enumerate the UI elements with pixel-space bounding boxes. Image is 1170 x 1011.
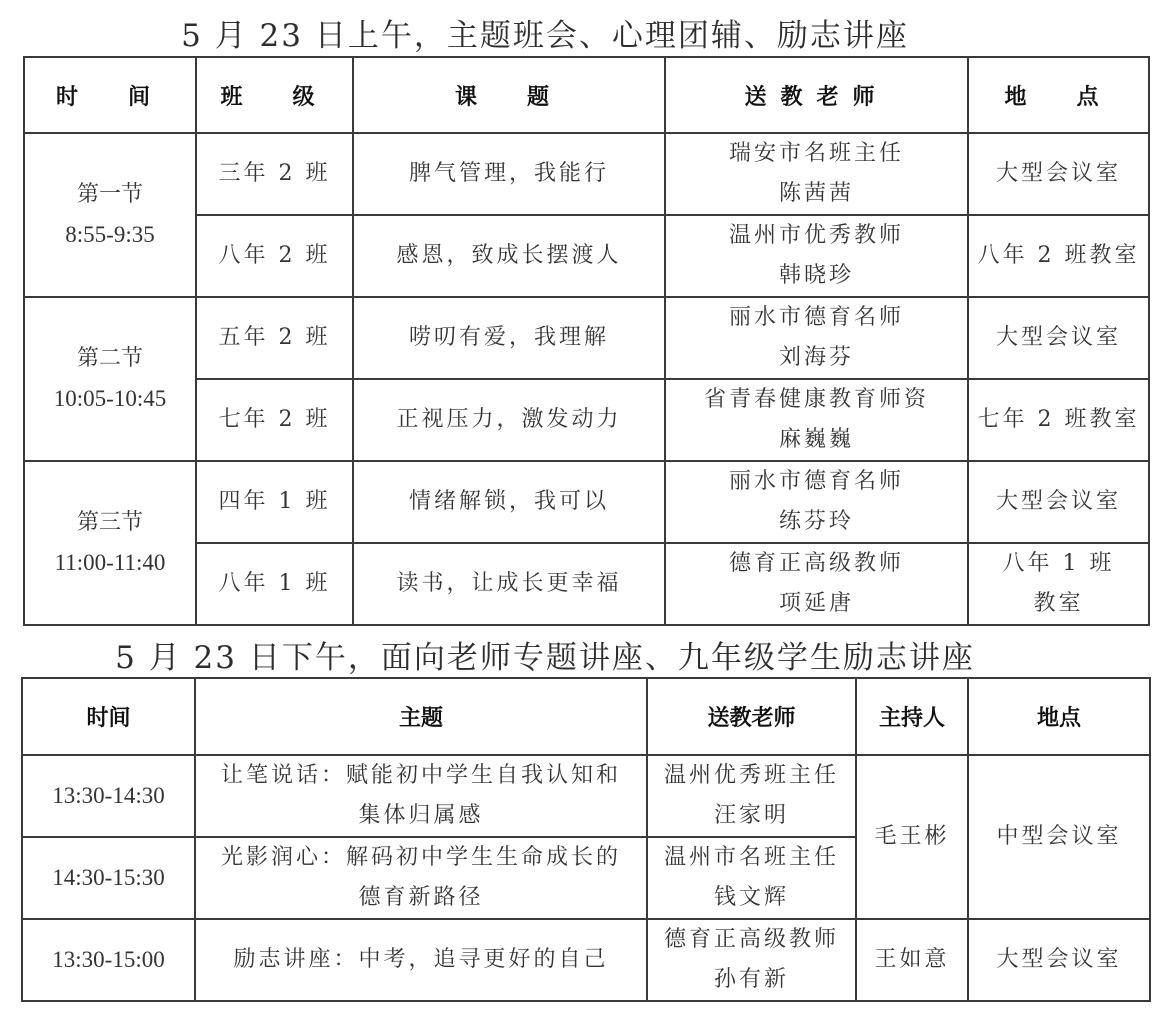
topic-cell: 感恩，致成长摆渡人 bbox=[353, 215, 665, 297]
afternoon-schedule-table: 时间 主题 送教老师 主持人 地点 13:30-14:30 让笔说话：赋能初中学… bbox=[21, 677, 1151, 1002]
morning-schedule-title: 5 月 23 日上午，主题班会、心理团辅、励志讲座 bbox=[0, 10, 1130, 55]
topic-cell: 励志讲座：中考，追寻更好的自己 bbox=[195, 919, 647, 1001]
teacher-cell: 丽水市德育名师 刘海芬 bbox=[665, 297, 968, 379]
header-location: 地点 bbox=[968, 678, 1150, 755]
teacher-name: 孙有新 bbox=[648, 960, 855, 1000]
location-cell: 大型会议室 bbox=[968, 461, 1149, 543]
table-row: 13:30-15:00 励志讲座：中考，追寻更好的自己 德育正高级教师 孙有新 … bbox=[22, 919, 1150, 1001]
teacher-title: 德育正高级教师 bbox=[666, 544, 967, 584]
time-cell: 14:30-15:30 bbox=[22, 837, 195, 919]
teacher-title: 丽水市德育名师 bbox=[666, 462, 967, 502]
topic-cell: 光影润心：解码初中学生生命成长的 德育新路径 bbox=[195, 837, 647, 919]
period-time: 8:55-9:35 bbox=[25, 215, 195, 255]
topic-cell: 让笔说话：赋能初中学生自我认知和 集体归属感 bbox=[195, 755, 647, 837]
teacher-title: 温州市名班主任 bbox=[648, 838, 855, 878]
period-cell: 第三节 11:00-11:40 bbox=[24, 461, 196, 625]
class-cell: 八年 2 班 bbox=[196, 215, 353, 297]
teacher-title: 丽水市德育名师 bbox=[666, 298, 967, 338]
time-cell: 13:30-15:00 bbox=[22, 919, 195, 1001]
location-line: 教室 bbox=[969, 584, 1148, 624]
teacher-title: 德育正高级教师 bbox=[648, 920, 855, 960]
topic-line: 德育新路径 bbox=[196, 878, 646, 918]
teacher-cell: 德育正高级教师 项延唐 bbox=[665, 543, 968, 625]
afternoon-schedule-title: 5 月 23 日下午，面向老师专题讲座、九年级学生励志讲座 bbox=[0, 632, 1130, 677]
header-class: 班 级 bbox=[196, 57, 353, 133]
location-cell: 大型会议室 bbox=[968, 297, 1149, 379]
topic-line: 让笔说话：赋能初中学生自我认知和 bbox=[196, 756, 646, 796]
period-cell: 第二节 10:05-10:45 bbox=[24, 297, 196, 461]
teacher-title: 省青春健康教育师资 bbox=[666, 380, 967, 420]
period-cell: 第一节 8:55-9:35 bbox=[24, 133, 196, 297]
period-name: 第二节 bbox=[25, 339, 195, 379]
topic-line: 集体归属感 bbox=[196, 796, 646, 836]
header-host: 主持人 bbox=[856, 678, 968, 755]
table-header-row: 时 间 班 级 课 题 送教老师 地 点 bbox=[24, 57, 1149, 133]
period-time: 11:00-11:40 bbox=[25, 543, 195, 583]
morning-schedule-table: 时 间 班 级 课 题 送教老师 地 点 第一节 8:55-9:35 三年 2 … bbox=[23, 56, 1150, 626]
location-cell: 八年 1 班 教室 bbox=[968, 543, 1149, 625]
teacher-cell: 瑞安市名班主任 陈茜茜 bbox=[665, 133, 968, 215]
topic-line: 光影润心：解码初中学生生命成长的 bbox=[196, 838, 646, 878]
teacher-name: 项延唐 bbox=[666, 584, 967, 624]
teacher-title: 温州优秀班主任 bbox=[648, 756, 855, 796]
location-cell: 大型会议室 bbox=[968, 919, 1150, 1001]
teacher-cell: 德育正高级教师 孙有新 bbox=[647, 919, 856, 1001]
teacher-cell: 温州优秀班主任 汪家明 bbox=[647, 755, 856, 837]
location-cell: 八年 2 班教室 bbox=[968, 215, 1149, 297]
teacher-cell: 温州市优秀教师 韩晓珍 bbox=[665, 215, 968, 297]
header-teacher: 送教老师 bbox=[665, 57, 968, 133]
table-row: 第三节 11:00-11:40 四年 1 班 情绪解锁，我可以 丽水市德育名师 … bbox=[24, 461, 1149, 543]
location-line: 八年 1 班 bbox=[969, 544, 1148, 584]
host-cell: 王如意 bbox=[856, 919, 968, 1001]
table-header-row: 时间 主题 送教老师 主持人 地点 bbox=[22, 678, 1150, 755]
header-teacher: 送教老师 bbox=[647, 678, 856, 755]
teacher-name: 陈茜茜 bbox=[666, 174, 967, 214]
topic-cell: 读书，让成长更幸福 bbox=[353, 543, 665, 625]
topic-cell: 正视压力，激发动力 bbox=[353, 379, 665, 461]
class-cell: 五年 2 班 bbox=[196, 297, 353, 379]
table-row: 第二节 10:05-10:45 五年 2 班 唠叨有爱，我理解 丽水市德育名师 … bbox=[24, 297, 1149, 379]
header-time: 时间 bbox=[22, 678, 195, 755]
class-cell: 三年 2 班 bbox=[196, 133, 353, 215]
teacher-title: 瑞安市名班主任 bbox=[666, 134, 967, 174]
teacher-name: 钱文辉 bbox=[648, 878, 855, 918]
topic-cell: 脾气管理，我能行 bbox=[353, 133, 665, 215]
period-name: 第三节 bbox=[25, 503, 195, 543]
header-time: 时 间 bbox=[24, 57, 196, 133]
teacher-name: 练芬玲 bbox=[666, 502, 967, 542]
header-topic: 课 题 bbox=[353, 57, 665, 133]
teacher-title: 温州市优秀教师 bbox=[666, 216, 967, 256]
class-cell: 八年 1 班 bbox=[196, 543, 353, 625]
teacher-cell: 省青春健康教育师资 麻巍巍 bbox=[665, 379, 968, 461]
class-cell: 七年 2 班 bbox=[196, 379, 353, 461]
table-row: 13:30-14:30 让笔说话：赋能初中学生自我认知和 集体归属感 温州优秀班… bbox=[22, 755, 1150, 837]
location-cell: 中型会议室 bbox=[968, 755, 1150, 919]
table-row: 第一节 8:55-9:35 三年 2 班 脾气管理，我能行 瑞安市名班主任 陈茜… bbox=[24, 133, 1149, 215]
teacher-name: 刘海芬 bbox=[666, 338, 967, 378]
period-time: 10:05-10:45 bbox=[25, 379, 195, 419]
location-cell: 大型会议室 bbox=[968, 133, 1149, 215]
teacher-cell: 丽水市德育名师 练芬玲 bbox=[665, 461, 968, 543]
teacher-name: 麻巍巍 bbox=[666, 420, 967, 460]
header-topic: 主题 bbox=[195, 678, 647, 755]
host-cell: 毛王彬 bbox=[856, 755, 968, 919]
time-cell: 13:30-14:30 bbox=[22, 755, 195, 837]
teacher-cell: 温州市名班主任 钱文辉 bbox=[647, 837, 856, 919]
topic-cell: 情绪解锁，我可以 bbox=[353, 461, 665, 543]
header-location: 地 点 bbox=[968, 57, 1149, 133]
teacher-name: 韩晓珍 bbox=[666, 256, 967, 296]
period-name: 第一节 bbox=[25, 175, 195, 215]
topic-cell: 唠叨有爱，我理解 bbox=[353, 297, 665, 379]
location-cell: 七年 2 班教室 bbox=[968, 379, 1149, 461]
teacher-name: 汪家明 bbox=[648, 796, 855, 836]
class-cell: 四年 1 班 bbox=[196, 461, 353, 543]
